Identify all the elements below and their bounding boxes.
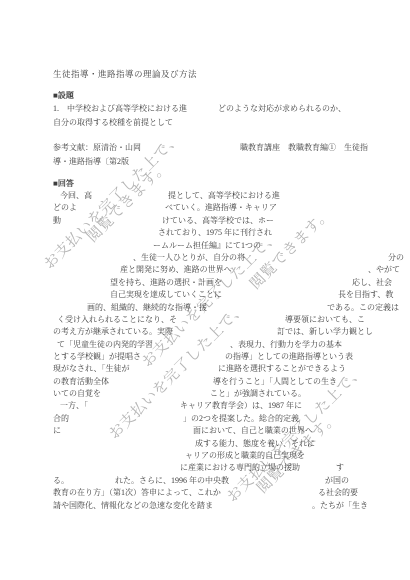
text-line: どのよべていく。進路指導・キャリア — [0, 202, 410, 214]
text-line: に産業における専門的立場の援助す — [0, 462, 410, 474]
text-segment: の考え方が継承されている。実際 — [53, 326, 173, 338]
text-line: の考え方が継承されている。実際訂では、新しい学力観とし — [0, 326, 410, 338]
text-segment: 一方、「 — [60, 400, 88, 412]
text-segment: 望を持ち、進路の選択・計画を — [110, 277, 222, 289]
text-line: の教育活動全体導を行うこと」「人間としての生き — [0, 376, 410, 388]
text-line: 請や国際化、情報化などの急速な変化を踏ま。たちが「生き — [0, 500, 410, 512]
text-line: 現がなされ、「生徒がに進路を選択することができるよう — [0, 363, 410, 375]
text-segment: である。この定義は — [327, 302, 399, 314]
text-segment: の指導」としての進路指導という表 — [225, 351, 353, 363]
text-segment: キャリア教育学会）は、1987 年に — [180, 400, 302, 412]
text-segment: 導・進路指導〔第2版 — [53, 156, 129, 168]
text-line: とする学校観」が提唱さの指導」としての進路指導という表 — [0, 351, 410, 363]
text-segment: 、生徒一人ひとりが、自分の将 — [133, 252, 245, 264]
text-segment: 」の2つを提案した。総合的定義 — [183, 413, 299, 425]
text-segment: す — [336, 462, 344, 474]
text-segment: 画的、組織的、継続的な指導・援 — [87, 302, 207, 314]
text-segment: けている、高等学校では、ホー — [162, 215, 274, 227]
text-segment: に産業における専門的立場の援助 — [180, 462, 300, 474]
text-line: いての自覚をこと」が強調されている。 — [0, 388, 410, 400]
text-segment: 、やがて — [368, 264, 400, 276]
text-line: ャリアの形成と職業的自己実現を — [0, 450, 410, 462]
text-line: 、生徒一人ひとりが、自分の将分の — [0, 252, 410, 264]
text-line: 自己実現を達成していくことに長を目指す、教 — [0, 289, 410, 301]
text-segment: こと」が強調されている。 — [210, 388, 306, 400]
text-segment: 教育の在り方」（第1次）答申によって、これか — [53, 487, 221, 499]
text-line: 参考文献：原清治・山岡職教育講座 教職教育編① 生徒指 — [0, 142, 410, 154]
text-segment: とする学校観」が提唱さ — [53, 351, 141, 363]
text-segment: 産と開発に努め、進路の世界へ — [120, 264, 232, 276]
text-line: 導・進路指導〔第2版 — [0, 156, 410, 168]
text-segment: べていく。進路指導・キャリア — [165, 202, 277, 214]
text-line: 教育の在り方」（第1次）答申によって、これかる社会的要 — [0, 487, 410, 499]
text-segment: に進路を選択することができるよう — [218, 363, 346, 375]
text-segment: く受け入れられることになり、そ — [57, 314, 177, 326]
text-segment: 自分の取得する校種を前提として — [53, 117, 173, 129]
text-segment: て「児童生徒の内発的学習 — [57, 339, 153, 351]
text-segment: 応し、社会 — [352, 277, 392, 289]
text-segment: どのような対応が求められるのか、 — [218, 103, 346, 115]
text-segment: 面において、自己と職業の世界へ — [193, 425, 313, 437]
text-segment: が国の — [325, 475, 349, 487]
section-heading: ■回答 — [0, 178, 410, 190]
text-line: 1. 中学校および高等学校における進どのような対応が求められるのか、 — [0, 103, 410, 115]
text-segment: どのよ — [53, 202, 77, 214]
text-segment: 1. 中学校および高等学校における進 — [53, 103, 187, 115]
document-title: 生徒指導・進路指導の理論及び方法 — [0, 68, 410, 80]
text-segment: 合的 — [53, 413, 69, 425]
text-segment: 現がなされ、「生徒が — [53, 363, 129, 375]
text-segment: る社会的要 — [318, 487, 358, 499]
text-segment: 職教育講座 教職教育編① 生徒指 — [240, 142, 368, 154]
text-segment: 今回、高 — [60, 190, 92, 202]
text-segment: 提として、高等学校における進 — [168, 190, 280, 202]
text-segment: 参考文献：原清治・山岡 — [53, 142, 141, 154]
text-segment: いての自覚を — [53, 388, 101, 400]
text-segment: ■設題 — [53, 90, 74, 102]
text-segment: 長を目指す、教 — [338, 289, 393, 301]
text-segment: ームルーム担任編』にて1つの — [153, 240, 261, 252]
text-segment: 、表現力、行動力を学力の基本 — [230, 339, 342, 351]
text-line: 成する能力、態度を養い、それに — [0, 438, 410, 450]
text-segment: る。 — [53, 475, 69, 487]
text-line: 合的」の2つを提案した。総合的定義 — [0, 413, 410, 425]
text-segment: ■回答 — [53, 178, 74, 190]
text-segment: 成する能力、態度を養い、それに — [195, 438, 315, 450]
text-segment: 自己実現を達成していくことに — [110, 289, 222, 301]
text-segment: 生徒指導・進路指導の理論及び方法 — [53, 68, 197, 80]
text-line: 画的、組織的、継続的な指導・援である。この定義は — [0, 302, 410, 314]
text-segment: 導要領においても、こ — [285, 314, 365, 326]
document-page: お支払いを完了した上で、閲覧できます。閲覧できます。お支払いを完了した上で、お支… — [0, 0, 410, 580]
text-line: て「児童生徒の内発的学習、表現力、行動力を学力の基本 — [0, 339, 410, 351]
text-segment: れた。さらに、1996 年の中央教 — [115, 475, 229, 487]
text-segment: 分の — [388, 252, 404, 264]
text-line: 望を持ち、進路の選択・計画を応し、社会 — [0, 277, 410, 289]
text-line: 今回、高提として、高等学校における進 — [0, 190, 410, 202]
text-line: 産と開発に努め、進路の世界へ、やがて — [0, 264, 410, 276]
text-segment: ャリアの形成と職業的自己実現を — [185, 450, 305, 462]
section-heading: ■設題 — [0, 90, 410, 102]
text-line: 自分の取得する校種を前提として — [0, 117, 410, 129]
text-segment: 。たちが「生き — [312, 500, 368, 512]
text-segment: に — [53, 425, 61, 437]
text-segment: 請や国際化、情報化などの急速な変化を踏ま — [53, 500, 213, 512]
text-line: く受け入れられることになり、そ導要領においても、こ — [0, 314, 410, 326]
text-segment: されており、1975 年に刊行され — [158, 227, 272, 239]
text-segment: 訂では、新しい学力観とし — [277, 326, 373, 338]
text-line: されており、1975 年に刊行され — [0, 227, 410, 239]
text-segment: 導を行うこと」「人間としての生き — [213, 376, 337, 388]
text-segment: 動 — [53, 215, 61, 227]
text-segment: の教育活動全体 — [53, 376, 109, 388]
text-line: ームルーム担任編』にて1つの — [0, 240, 410, 252]
text-line: 一方、「キャリア教育学会）は、1987 年に — [0, 400, 410, 412]
text-line: る。れた。さらに、1996 年の中央教が国の — [0, 475, 410, 487]
text-line: 動けている、高等学校では、ホー — [0, 215, 410, 227]
text-line: に面において、自己と職業の世界へ — [0, 425, 410, 437]
